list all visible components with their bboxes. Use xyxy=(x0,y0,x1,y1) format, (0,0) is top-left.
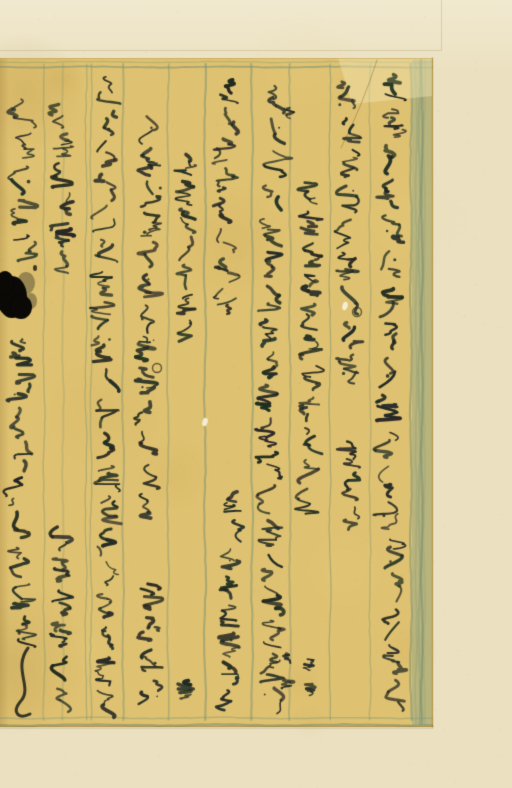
manuscript-photo xyxy=(0,0,512,788)
calligraphy-canvas xyxy=(0,0,512,788)
